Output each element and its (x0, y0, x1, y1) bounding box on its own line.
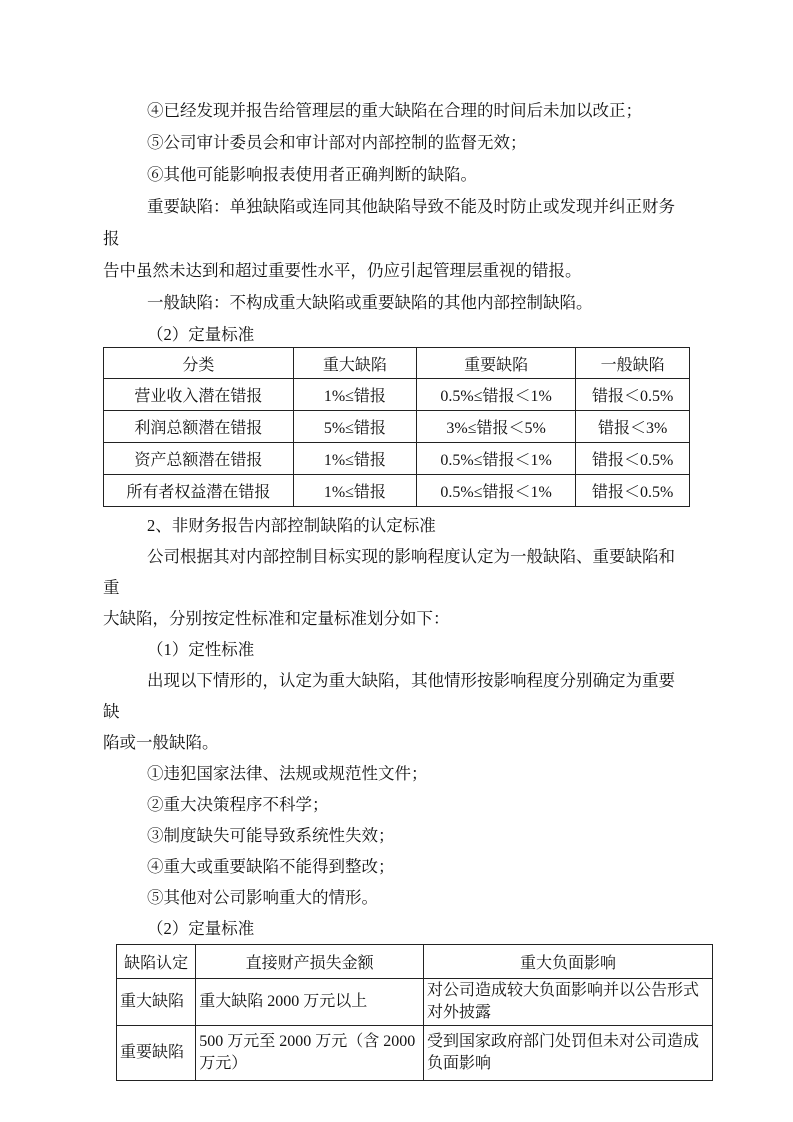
text-line: ④已经发现并报告给管理层的重大缺陷在合理的时间后未加以改正； (103, 95, 690, 127)
paragraph: （2）定量标准 (103, 913, 690, 944)
table-cell: 500 万元至 2000 万元（含 2000 万元） (196, 1026, 424, 1081)
table-row: 利润总额潜在错报5%≤错报3%≤错报＜5%错报＜3% (104, 411, 690, 443)
text-line: 告中虽然未达到和超过重要性水平，仍应引起管理层重视的错报。 (103, 255, 690, 287)
paragraph: ⑥其他可能影响报表使用者正确判断的缺陷。 (103, 159, 690, 191)
table-header-row: 缺陷认定直接财产损失金额重大负面影响 (117, 945, 713, 979)
paragraph: ②重大决策程序不科学； (103, 789, 690, 820)
column-header: 直接财产损失金额 (196, 945, 424, 979)
paragraph: ③制度缺失可能导致系统性失效； (103, 820, 690, 851)
table-cell: 1%≤错报 (293, 443, 416, 475)
column-header: 缺陷认定 (117, 945, 196, 979)
table-row: 所有者权益潜在错报1%≤错报0.5%≤错报＜1%错报＜0.5% (104, 475, 690, 507)
text-line: ⑤公司审计委员会和审计部对内部控制的监督无效； (103, 127, 690, 159)
table-cell: 1%≤错报 (293, 379, 416, 411)
table-cell: 错报＜0.5% (576, 475, 690, 507)
nonfinancial-report-quantitative-standards-table: 缺陷认定直接财产损失金额重大负面影响重大缺陷重大缺陷 2000 万元以上对公司造… (116, 944, 713, 1081)
column-header: 分类 (104, 348, 294, 379)
paragraph: 重要缺陷：单独缺陷或连同其他缺陷导致不能及时防止或发现并纠正财务报告中虽然未达到… (103, 191, 690, 287)
table-cell: 重要缺陷 (117, 1026, 196, 1081)
table-cell: 5%≤错报 (293, 411, 416, 443)
text-line: 公司根据其对内部控制目标实现的影响程度认定为一般缺陷、重要缺陷和重 (103, 541, 690, 603)
text-line: 一般缺陷：不构成重大缺陷或重要缺陷的其他内部控制缺陷。 (103, 287, 690, 319)
table-cell: 利润总额潜在错报 (104, 411, 294, 443)
paragraph: 公司根据其对内部控制目标实现的影响程度认定为一般缺陷、重要缺陷和重大缺陷，分别按… (103, 541, 690, 634)
table-header-row: 分类重大缺陷重要缺陷一般缺陷 (104, 348, 690, 379)
paragraph: 出现以下情形的，认定为重大缺陷，其他情形按影响程度分别确定为重要缺陷或一般缺陷。 (103, 665, 690, 758)
table-cell: 3%≤错报＜5% (416, 411, 575, 443)
text-line: （1）定性标准 (103, 634, 690, 665)
table-cell: 重大缺陷 (117, 979, 196, 1026)
table-cell: 1%≤错报 (293, 475, 416, 507)
table-row: 资产总额潜在错报1%≤错报0.5%≤错报＜1%错报＜0.5% (104, 443, 690, 475)
paragraph: 2、非财务报告内部控制缺陷的认定标准 (103, 510, 690, 541)
text-line: （2）定量标准 (103, 913, 690, 944)
table-cell: 错报＜0.5% (576, 379, 690, 411)
paragraph: 一般缺陷：不构成重大缺陷或重要缺陷的其他内部控制缺陷。 (103, 287, 690, 319)
column-header: 重大负面影响 (423, 945, 712, 979)
column-header: 重要缺陷 (416, 348, 575, 379)
text-line: 大缺陷，分别按定性标准和定量标准划分如下： (103, 603, 690, 634)
text-line: ①违犯国家法律、法规或规范性文件； (103, 758, 690, 789)
table-cell: 错报＜3% (576, 411, 690, 443)
text-line: ③制度缺失可能导致系统性失效； (103, 820, 690, 851)
table-row: 营业收入潜在错报1%≤错报0.5%≤错报＜1%错报＜0.5% (104, 379, 690, 411)
paragraph: （1）定性标准 (103, 634, 690, 665)
financial-report-quantitative-standards-table: 分类重大缺陷重要缺陷一般缺陷营业收入潜在错报1%≤错报0.5%≤错报＜1%错报＜… (103, 347, 690, 507)
paragraph: ①违犯国家法律、法规或规范性文件； (103, 758, 690, 789)
table-cell: 0.5%≤错报＜1% (416, 443, 575, 475)
text-line: ⑥其他可能影响报表使用者正确判断的缺陷。 (103, 159, 690, 191)
column-header: 重大缺陷 (293, 348, 416, 379)
text-line: 出现以下情形的，认定为重大缺陷，其他情形按影响程度分别确定为重要缺 (103, 665, 690, 727)
paragraph: ④已经发现并报告给管理层的重大缺陷在合理的时间后未加以改正； (103, 95, 690, 127)
table-cell: 重大缺陷 2000 万元以上 (196, 979, 424, 1026)
text-line: 2、非财务报告内部控制缺陷的认定标准 (103, 510, 690, 541)
text-line: 重要缺陷：单独缺陷或连同其他缺陷导致不能及时防止或发现并纠正财务报 (103, 191, 690, 255)
table-cell: 错报＜0.5% (576, 443, 690, 475)
table-cell: 营业收入潜在错报 (104, 379, 294, 411)
table-cell: 受到国家政府部门处罚但未对公司造成负面影响 (423, 1026, 712, 1081)
table-cell: 对公司造成较大负面影响并以公告形式对外披露 (423, 979, 712, 1026)
paragraph: ④重大或重要缺陷不能得到整改； (103, 851, 690, 882)
paragraph: ⑤公司审计委员会和审计部对内部控制的监督无效； (103, 127, 690, 159)
document-page: ④已经发现并报告给管理层的重大缺陷在合理的时间后未加以改正；⑤公司审计委员会和审… (0, 0, 793, 1122)
table-cell: 0.5%≤错报＜1% (416, 379, 575, 411)
document-content: ④已经发现并报告给管理层的重大缺陷在合理的时间后未加以改正；⑤公司审计委员会和审… (103, 0, 690, 1081)
paragraph: ⑤其他对公司影响重大的情形。 (103, 882, 690, 913)
table-row: 重大缺陷重大缺陷 2000 万元以上对公司造成较大负面影响并以公告形式对外披露 (117, 979, 713, 1026)
text-line: ②重大决策程序不科学； (103, 789, 690, 820)
table-row: 重要缺陷500 万元至 2000 万元（含 2000 万元）受到国家政府部门处罚… (117, 1026, 713, 1081)
table-cell: 资产总额潜在错报 (104, 443, 294, 475)
text-line: ⑤其他对公司影响重大的情形。 (103, 882, 690, 913)
text-line: ④重大或重要缺陷不能得到整改； (103, 851, 690, 882)
table-cell: 所有者权益潜在错报 (104, 475, 294, 507)
table-cell: 0.5%≤错报＜1% (416, 475, 575, 507)
column-header: 一般缺陷 (576, 348, 690, 379)
text-line: 陷或一般缺陷。 (103, 727, 690, 758)
